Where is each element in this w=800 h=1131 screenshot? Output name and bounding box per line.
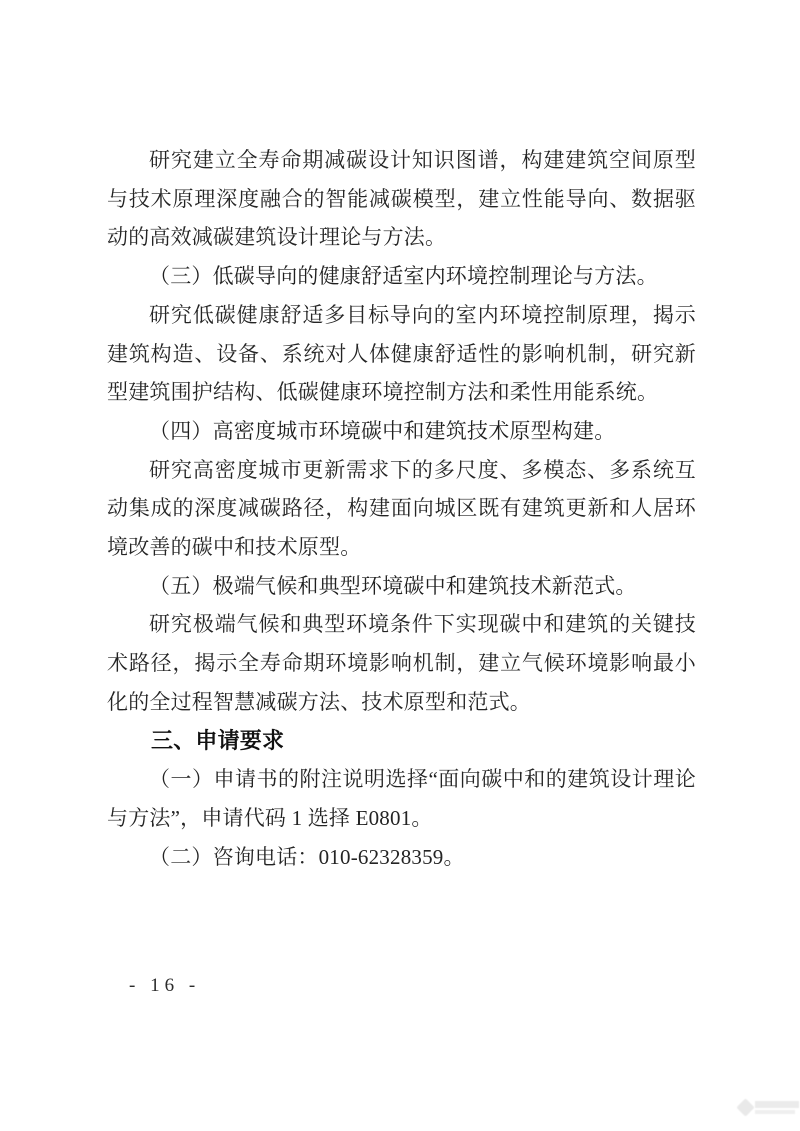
body-paragraph: 研究高密度城市更新需求下的多尺度、多模态、多系统互动集成的深度减碳路径，构建面向… (107, 451, 696, 567)
body-paragraph: 研究建立全寿命期减碳设计知识图谱，构建建筑空间原型与技术原理深度融合的智能减碳模… (107, 141, 696, 257)
page-number: - 16 - (129, 975, 200, 997)
body-paragraph: （二）咨询电话：010-62328359。 (107, 838, 696, 877)
section-heading: 三、申请要求 (107, 722, 696, 761)
body-paragraph: 研究低碳健康舒适多目标导向的室内环境控制原理，揭示建筑构造、设备、系统对人体健康… (107, 296, 696, 412)
sub-section-heading: （五）极端气候和典型环境碳中和建筑技术新范式。 (107, 567, 696, 606)
watermark-logo-icon (736, 1098, 754, 1116)
sub-section-heading: （四）高密度城市环境碳中和建筑技术原型构建。 (107, 412, 696, 451)
document-page: 研究建立全寿命期减碳设计知识图谱，构建建筑空间原型与技术原理深度融合的智能减碳模… (0, 0, 800, 1131)
sub-section-heading: （三）低碳导向的健康舒适室内环境控制理论与方法。 (107, 257, 696, 296)
document-body: 研究建立全寿命期减碳设计知识图谱，构建建筑空间原型与技术原理深度融合的智能减碳模… (107, 141, 696, 876)
body-paragraph: 研究极端气候和典型环境条件下实现碳中和建筑的关键技术路径，揭示全寿命期环境影响机… (107, 605, 696, 721)
watermark (739, 1101, 799, 1114)
watermark-text-blur (755, 1101, 799, 1114)
body-paragraph: （一）申请书的附注说明选择“面向碳中和的建筑设计理论与方法”，申请代码 1 选择… (107, 760, 696, 837)
